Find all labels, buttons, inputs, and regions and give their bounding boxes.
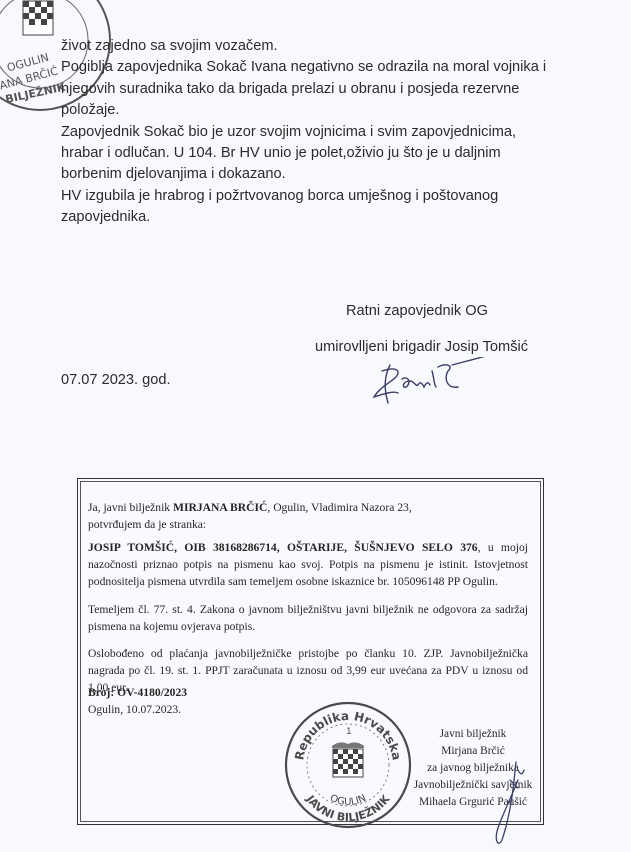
svg-text:OGULIN: OGULIN (328, 793, 368, 808)
certification-place-date: Ogulin, 10.07.2023. (88, 703, 181, 716)
letter-paragraph: život zajedno sa svojim vozačem. (61, 36, 561, 57)
handwritten-signature (372, 357, 492, 407)
party-identification: JOSIP TOMŠIĆ, OIB 38168286714, OŠTARIJE,… (88, 539, 528, 590)
liability-clause: Temeljem čl. 77. st. 4. Zakona o javnom … (88, 601, 528, 635)
notary-name: MIRJANA BRČIĆ (173, 501, 267, 514)
certification-number: Broj: OV-4180/2023 (88, 686, 187, 699)
letter-body: život zajedno sa svojim vozačem. Pogiblj… (61, 36, 561, 229)
notary-handwritten-signature (488, 740, 528, 850)
letter-paragraph: HV izgubila je hrabrog i požrtvovanog bo… (61, 186, 561, 229)
signatory-name: umirovlljeni brigadir Josip Tomšić (315, 339, 528, 355)
svg-text:1: 1 (346, 727, 352, 737)
party-details: JOSIP TOMŠIĆ, OIB 38168286714, OŠTARIJE,… (88, 541, 478, 554)
notary-stamp: Republika Hrvatska 1 OGULIN JAVNI BILJEŽ… (283, 700, 413, 830)
letter-paragraph: Zapovjednik Sokač bio je uzor svojim voj… (61, 122, 561, 186)
coat-of-arms-icon (332, 742, 364, 777)
letter-paragraph: Pogiblja zapovjednika Sokač Ivana negati… (61, 57, 561, 121)
coat-of-arms-icon (23, 1, 53, 35)
letter-date: 07.07 2023. god. (61, 372, 171, 388)
notary-intro: Ja, javni bilježnik MIRJANA BRČIĆ, Oguli… (88, 499, 528, 533)
signatory-title: Ratni zapovjednik OG (346, 303, 488, 319)
